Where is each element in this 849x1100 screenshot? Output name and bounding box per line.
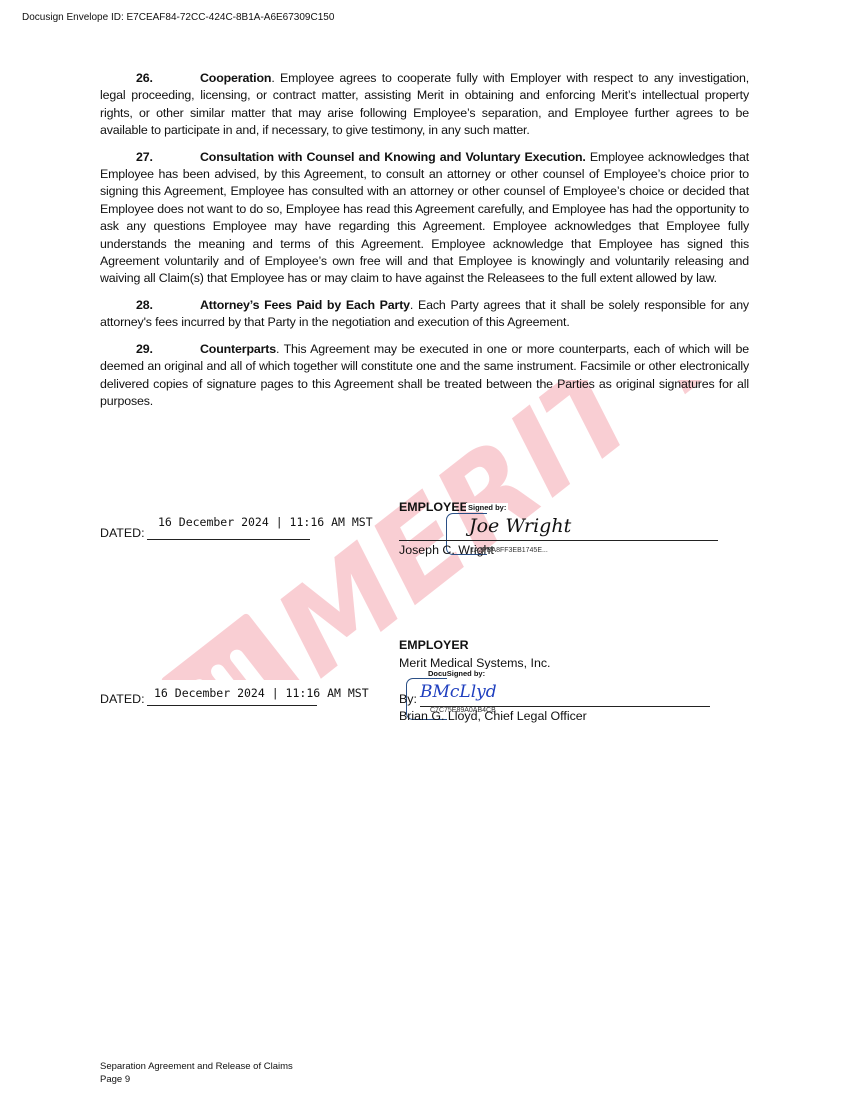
employer-dated-label: DATED: bbox=[100, 692, 145, 706]
footer-page-number: Page 9 bbox=[100, 1073, 293, 1086]
section-27: 27.Consultation with Counsel and Knowing… bbox=[100, 149, 749, 288]
section-26: 26.Cooperation. Employee agrees to coope… bbox=[100, 70, 749, 140]
employee-party-label: EMPLOYEE bbox=[399, 500, 468, 514]
docusign-envelope-id: Docusign Envelope ID: E7CEAF84-72CC-424C… bbox=[22, 12, 334, 23]
docusign-signed-by-label: DocuSigned by: bbox=[426, 669, 487, 678]
page-footer: Separation Agreement and Release of Clai… bbox=[100, 1060, 293, 1086]
employer-signature[interactable]: BMcLlyd bbox=[420, 682, 497, 702]
watermark-logo-icon bbox=[160, 612, 314, 680]
docusign-signed-by-label: Signed by: bbox=[466, 503, 508, 512]
employer-company-name: Merit Medical Systems, Inc. bbox=[399, 656, 550, 670]
employee-signature[interactable]: Joe Wright bbox=[469, 515, 571, 537]
employee-dated-label: DATED: bbox=[100, 526, 145, 540]
section-29: 29.Counterparts. This Agreement may be e… bbox=[100, 341, 749, 411]
employer-signer-name: Brian G. Lloyd, Chief Legal Officer bbox=[399, 709, 587, 723]
employer-party-label: EMPLOYER bbox=[399, 638, 469, 652]
section-heading: Attorney’s Fees Paid by Each Party bbox=[200, 298, 410, 312]
employer-dated-line bbox=[147, 705, 317, 706]
employer-by-label: By: bbox=[399, 692, 417, 706]
employee-dated-line bbox=[147, 539, 310, 540]
section-28: 28.Attorney’s Fees Paid by Each Party. E… bbox=[100, 297, 749, 332]
section-heading: Cooperation bbox=[200, 71, 271, 85]
section-heading: Counterparts bbox=[200, 342, 276, 356]
footer-document-title: Separation Agreement and Release of Clai… bbox=[100, 1060, 293, 1073]
employee-dated-value: 16 December 2024 | 11:16 AM MST bbox=[158, 515, 373, 529]
section-heading: Consultation with Counsel and Knowing an… bbox=[200, 150, 586, 164]
agreement-body: 26.Cooperation. Employee agrees to coope… bbox=[100, 70, 749, 419]
employee-signature-hash: 1A2FBA8FF3EB1745E... bbox=[470, 547, 548, 554]
employee-signature-line bbox=[399, 540, 718, 541]
section-text: Employee acknowledges that Employee has … bbox=[100, 150, 749, 286]
employer-dated-value: 16 December 2024 | 11:16 AM MST bbox=[154, 686, 369, 700]
